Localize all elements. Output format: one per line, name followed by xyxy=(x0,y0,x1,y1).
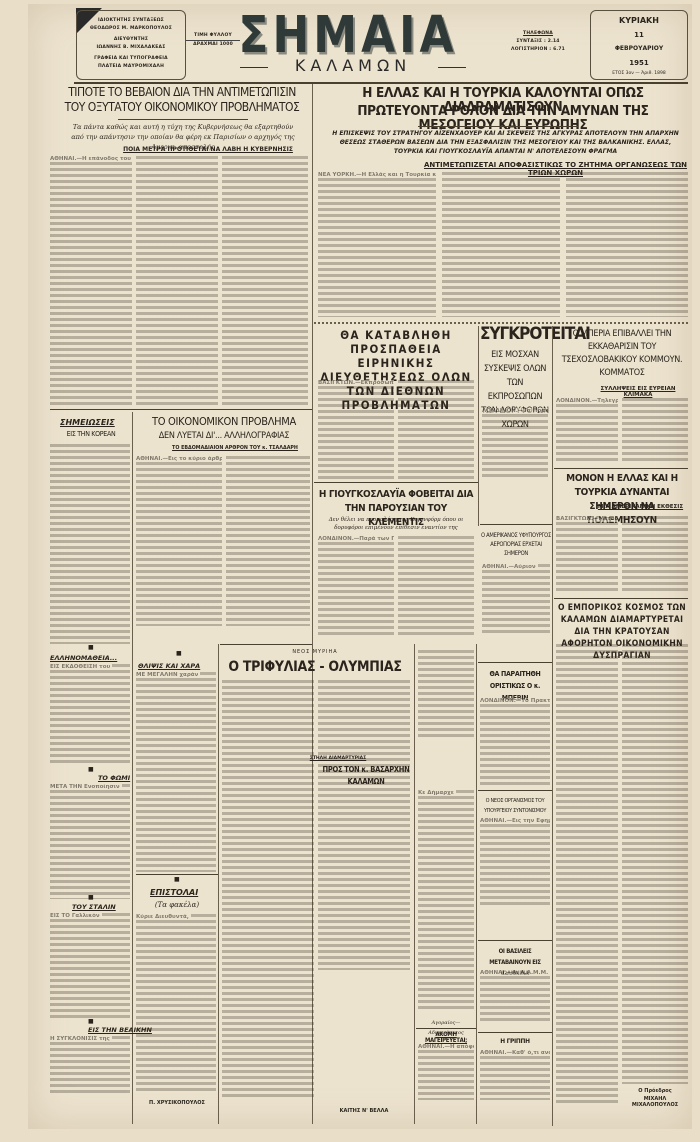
article-body xyxy=(398,536,474,636)
separator-bullet: ■ xyxy=(88,644,94,651)
headline-butchers: ΑΚΟΜΗ ΜΑΓΕΙΡΕΥΕΤΑΙ; xyxy=(416,1032,476,1045)
separator-bullet: ■ xyxy=(88,1018,94,1025)
section-grief-joy: ΘΛΙΨΙΣ ΚΑΙ ΧΑΡΑ xyxy=(138,662,200,670)
owner-name: ΘΕΟΔΩΡΟΣ Μ. ΜΑΡΚΟΠΟΥΛΟΣ xyxy=(77,25,185,33)
lead-text: ΕΙΣ ΕΚΔΟΘΕΙΣΗ του xyxy=(50,664,112,670)
signature-name: ΜΙΧΑΗΛ ΜΙΧΑΛΟΠΟΥΛΟΣ xyxy=(622,1096,688,1108)
month: ΦΕΒΡΟΥΑΡΙΟΥ xyxy=(591,42,687,56)
section-stalin: ΤΟΥ ΣΤΑΛΙΝ xyxy=(72,903,116,911)
section-hellenism: ΕΛΛΗΝΟΜΑΘΕΙΑ... xyxy=(50,654,117,662)
article-body: ΒΑΣΙΓΚΤΩΝ.—Μεταδίδεται χθες xyxy=(556,516,618,594)
headline-ministry-org: Ο ΝΕΟΣ ΟΡΓΑΝΙΣΜΟΣ ΤΟΥ ΥΠΟΥΡΓΕΙΟΥ ΣΥΝΤΟΝΙ… xyxy=(478,796,552,816)
letter-signature: Π. ΧΡΥΣΙΚΟΠΟΥΛΟΣ xyxy=(136,1100,218,1106)
kicker-economic: ΠΟΙΑ ΜΕΤΡΑ ΠΡΟΤΙΘΕΤΑΙ ΝΑ ΛΑΒΗ Η ΚΥΒΕΡΝΗΣ… xyxy=(108,146,308,153)
divider xyxy=(554,468,688,469)
director-label: ΔΙΕΥΘΥΝΤΗΣ xyxy=(77,36,185,44)
divider xyxy=(554,598,688,599)
headline-korea: ΕΙΣ ΤΗΝ ΚΟΡΕΑΝ xyxy=(50,431,132,438)
publisher-box: ΙΔΙΟΚΤΗΤΗΣ ΣΥΝΤΑΞΕΩΣ ΘΕΟΔΩΡΟΣ Μ. ΜΑΡΚΟΠΟ… xyxy=(76,10,186,80)
owner-label: ΙΔΙΟΚΤΗΤΗΣ ΣΥΝΤΑΞΕΩΣ xyxy=(77,17,185,25)
article-body xyxy=(556,644,618,1104)
phone-accounting: ΛΟΓΙΣΤΗΡΙΟΝ : 6.71 xyxy=(498,46,578,54)
divider xyxy=(118,119,248,120)
dateline: ΑΘΗΝΑΙ.—Η επάνοδος του Αρχηγού της Αμερι… xyxy=(50,156,132,162)
separator-bullet: ■ xyxy=(176,650,182,657)
kicker-tsaldaris: ΤΟ ΕΒΔΟΜΑΔΙΑΙΟΝ ΑΡΘΡΟΝ ΤΟΥ κ. ΤΣΑΛΔΑΡΗ xyxy=(158,446,312,451)
offices-label: ΓΡΑΦΕΙΑ ΚΑΙ ΤΥΠΟΓΡΑΦΕΙΑ xyxy=(77,55,185,63)
kicker-arrests: ΣΥΛΛΗΨΕΙΣ ΕΙΣ ΕΥΡΕΙΑΝ ΚΛΙΜΑΚΑ xyxy=(588,386,688,398)
article-body xyxy=(318,680,410,970)
deck-yugoslavia: Δεν θέλει να προκαλέση την Κομινφόρμ όπο… xyxy=(318,516,474,532)
letters-subtitle: (Τα φακέλα) xyxy=(136,900,218,910)
dateline: ΛΟΝΔΙΝΟΝ.—Το Πρακτορείον Ρώυτερ xyxy=(480,698,550,704)
newspaper-page: ΙΔΙΟΚΤΗΤΗΣ ΣΥΝΤΑΞΕΩΣ ΘΕΟΔΩΡΟΣ Μ. ΜΑΡΚΟΠΟ… xyxy=(28,4,692,1129)
article-body: ΒΑΣΙΓΚΤΩΝ.—Εκπρόσωπος της Αμερικανικής xyxy=(318,380,394,480)
phones-block: ΤΗΛΕΦΩΝΑ ΣΥΝΤΑΞΙΣ : 2.14 ΛΟΓΙΣΤΗΡΙΟΝ : 6… xyxy=(498,30,578,54)
article-body: ΛΟΝΔΙΝΟΝ.—Τα Πρακτορεία xyxy=(482,408,548,480)
article-body xyxy=(566,172,688,317)
dateline: ΝΕΑ ΥΟΡΚΗ.—Η Ελλάς και η Τουρκία καλούντ… xyxy=(318,172,436,178)
headline-open-letter: ΠΡΟΣ ΤΟΝ κ. ΒΑΣΑΡΧΗΝ ΚΑΛΑΜΩΝ xyxy=(316,764,416,788)
article-body xyxy=(418,650,474,740)
article-body: ΑΘΗΝΑΙ.—Καθ' ό,τι ανακοινοί το Υπουργείο… xyxy=(480,1050,550,1100)
lead-text: ΜΕΤΑ ΤΗΝ Ενοποίησιν xyxy=(50,784,122,790)
dateline: ΛΟΝΔΙΝΟΝ.—Τα Πρακτορεία xyxy=(482,408,548,414)
divider xyxy=(478,662,552,663)
dateline: ΑΘΗΝΑΙ.—Εις το κύριο άρθρον xyxy=(136,456,222,462)
phones-label: ΤΗΛΕΦΩΝΑ xyxy=(498,30,578,38)
masthead-rule xyxy=(74,82,688,84)
article-body xyxy=(226,456,310,626)
column-rule xyxy=(552,326,553,1126)
salutation: Κε Δήμαρχε xyxy=(418,790,456,796)
article-body xyxy=(398,380,474,480)
headline-economic-2: ΤΟΥ ΟΞΥΤΑΤΟΥ ΟΙΚΟΝΟΜΙΚΟΥ ΠΡΟΒΛΗΜΑΤΟΣ xyxy=(54,101,310,114)
column-rule xyxy=(218,644,219,1124)
headline-economic-letters-2: ΔΕΝ ΛΥΕΤΑΙ ΔΙ'... ΑΛΛΗΛΟΓΡΑΦΙΑΣ xyxy=(136,432,312,441)
article-body: ΛΟΝΔΙΝΟΝ.—Τηλεγραφήματα από την Πράγαν xyxy=(556,398,618,464)
article-body: ΑΘΗΝΑΙ.—Εις το κύριο άρθρον xyxy=(136,456,222,626)
article-body: Κε Δήμαρχε xyxy=(418,790,474,1010)
divider xyxy=(478,1032,552,1033)
football-kicker: ΝΕΟΣ ΜΥΡΙΗΑ xyxy=(220,650,410,656)
dateline: ΑΘΗΝΑΙ.—Η απόφασις xyxy=(418,1044,474,1050)
issue-number: ΕΤΟΣ 3ον — Άριθ. 1898 xyxy=(591,70,687,78)
divider xyxy=(220,644,312,645)
divider xyxy=(50,409,312,410)
divider xyxy=(136,874,218,875)
article-body xyxy=(622,398,688,464)
divider xyxy=(478,790,552,791)
article-body: ΑΘΗΝΑΙ.—Αι Α.Α.Μ.Μ. xyxy=(480,970,550,1024)
lead-text: ΕΙΣ ΤΟ Γαλλικόν xyxy=(50,913,102,919)
dateline: ΒΑΣΙΓΚΤΩΝ.—Εκπρόσωπος της Αμερικανικής xyxy=(318,380,394,386)
date-box: ΚΥΡΙΑΚΗ 11 ΦΕΒΡΟΥΑΡΙΟΥ 1951 ΕΤΟΣ 3ον — Ά… xyxy=(590,10,688,80)
phone-editorial: ΣΥΝΤΑΞΙΣ : 2.14 xyxy=(498,38,578,46)
director-name: ΙΩΑΝΝΗΣ Β. ΜΙΧΑΛΑΚΕΑΣ xyxy=(77,44,185,52)
article-body: ΜΕΤΑ ΤΗΝ Ενοποίησιν xyxy=(50,784,130,899)
article-body: ΛΟΝΔΙΝΟΝ.—Παρά των Γιουγκοσλαύων xyxy=(318,536,394,636)
dateline: ΛΟΝΔΙΝΟΝ.—Παρά των Γιουγκοσλαύων xyxy=(318,536,394,542)
open-letter-kicker: ΣΤΗΛΗ ΔΙΑΜΑΡΤΥΡΙΑΣ xyxy=(308,756,368,761)
separator-bullet: ■ xyxy=(174,876,180,883)
divider xyxy=(478,940,552,941)
dateline: ΑΘΗΝΑΙ.—Εις την Εφημερίδα της Κυβερνήσεω… xyxy=(480,818,550,824)
dateline: ΒΑΣΙΓΚΤΩΝ.—Μεταδίδεται χθες xyxy=(556,516,618,522)
article-body: Η ΣΥΓΚΛΟΝΙΣΙΣ της xyxy=(50,1036,130,1096)
separator-bullet: ■ xyxy=(88,894,94,901)
football-signature: ΚΑΙΤΗΣ Ν' ΒΕΛΛΑ xyxy=(318,1108,410,1114)
headline-flu: Η ΓΡΙΠΠΗ xyxy=(478,1038,552,1045)
dateline: ΑΘΗΝΑΙ.—Αι Α.Α.Μ.Μ. xyxy=(480,970,550,976)
year: 1951 xyxy=(591,56,687,70)
article-body: ΕΙΣ ΤΟ Γαλλικόν xyxy=(50,913,130,1018)
divider xyxy=(416,1028,476,1029)
article-body: Κύριε Διευθυντά, xyxy=(136,914,216,1094)
article-body xyxy=(50,444,130,644)
article-body: ΛΟΝΔΙΝΟΝ.—Το Πρακτορείον Ρώυτερ xyxy=(480,698,550,786)
article-body: ΑΘΗΝΑΙ.—Αύριον xyxy=(482,564,550,634)
dateline: ΛΟΝΔΙΝΟΝ.—Τηλεγραφήματα από την Πράγαν xyxy=(556,398,618,404)
article-body xyxy=(622,644,688,1084)
section-notes: ΣΗΜΕΙΩΣΕΙΣ xyxy=(60,418,115,427)
deck-greece-turkey: Η ΕΠΙΣΚΕΨΙΣ ΤΟΥ ΣΤΡΑΤΗΓΟΥ ΑΪΖΕΝΧΑΟΥΕΡ ΚΑ… xyxy=(328,129,683,156)
lead-text: ΜΕ ΜΕΓΑΛΗΝ χαράν xyxy=(136,672,200,678)
article-body: ΑΘΗΝΑΙ.—Η απόφασις xyxy=(418,1044,474,1100)
headline-us-undersecretary: Ο ΑΜΕΡΙΚΑΝΟΣ ΥΦΥΠΟΥΡΓΟΣ ΑΕΡΟΠΟΡΙΑΣ ΕΡΧΕΤ… xyxy=(480,532,552,559)
lead-text: Η ΣΥΓΚΛΟΝΙΣΙΣ της xyxy=(50,1036,112,1042)
headline-beria: Ο ΜΠΕΡΙΑ ΕΠΙΒΑΛΛΕΙ ΤΗΝ ΕΚΚΑΘΑΡΙΣΙΝ ΤΟΥ Τ… xyxy=(556,328,688,380)
day: 11 xyxy=(591,28,687,42)
headline-moscow-1: ΣΥΓΚΡΟΤΕΙΤΑΙ xyxy=(480,326,550,344)
masthead-subtitle: ΚΑΛΑΜΩΝ xyxy=(248,56,458,75)
article-body: ΝΕΑ ΥΟΡΚΗ.—Η Ελλάς και η Τουρκία καλούντ… xyxy=(318,172,436,317)
column-rule xyxy=(132,412,133,1124)
kicker-american-report: ΜΙΑ ΑΜΕΡΙΚΑΝΙΚΗ ΕΚΘΕΣΙΣ xyxy=(593,504,688,510)
article-body xyxy=(442,172,560,317)
headline-football: Ο ΤΡΙΦΥΛΙΑΣ - ΟΛΥΜΠΙΑΣ xyxy=(220,660,410,675)
article-body xyxy=(136,156,218,406)
article-body xyxy=(222,156,308,406)
column-rule xyxy=(478,326,479,526)
dateline: ΑΘΗΝΑΙ.—Αύριον xyxy=(482,564,538,570)
section-letters: ΕΠΙΣΤΟΛΑΙ xyxy=(150,888,198,897)
headline-economic-1: ΤΙΠΟΤΕ ΤΟ ΒΕΒΑΙΟΝ ΔΙΑ ΤΗΝ ΑΝΤΙΜΕΤΩΠΙΣΙΝ xyxy=(54,86,310,99)
article-body: ΕΙΣ ΕΚΔΟΘΕΙΣΗ του xyxy=(50,664,130,764)
dateline: ΑΘΗΝΑΙ.—Καθ' ό,τι ανακοινοί το Υπουργείο… xyxy=(480,1050,550,1056)
offices-address: ΠΛΑΤΕΙΑ ΜΑΥΡΟΜΙΧΑΛΗ xyxy=(77,63,185,71)
article-body xyxy=(222,680,314,1100)
headline-economic-letters-1: ΤΟ ΟΙΚΟΝΟΜΙΚΟΝ ΠΡΟΒΛΗΜΑ xyxy=(136,416,312,428)
section-bread: ΤΟ ΦΩΜΙ xyxy=(98,774,130,782)
lead-text: Κύριε Διευθυντά, xyxy=(136,914,191,920)
article-body: ΑΘΗΝΑΙ.—Εις την Εφημερίδα της Κυβερνήσεω… xyxy=(480,818,550,908)
article-body: ΑΘΗΝΑΙ.—Η επάνοδος του Αρχηγού της Αμερι… xyxy=(50,156,132,406)
article-body xyxy=(622,516,688,594)
weekday: ΚΥΡΙΑΚΗ xyxy=(591,14,687,28)
signature-label: Ο Πρόεδρος xyxy=(622,1088,688,1094)
separator-bullet: ■ xyxy=(88,766,94,773)
divider xyxy=(418,126,578,127)
article-body: ΜΕ ΜΕΓΑΛΗΝ χαράν xyxy=(136,672,216,872)
divider xyxy=(314,482,478,483)
column-rule xyxy=(476,644,477,1124)
column-rule xyxy=(414,644,415,1124)
divider xyxy=(480,524,552,525)
